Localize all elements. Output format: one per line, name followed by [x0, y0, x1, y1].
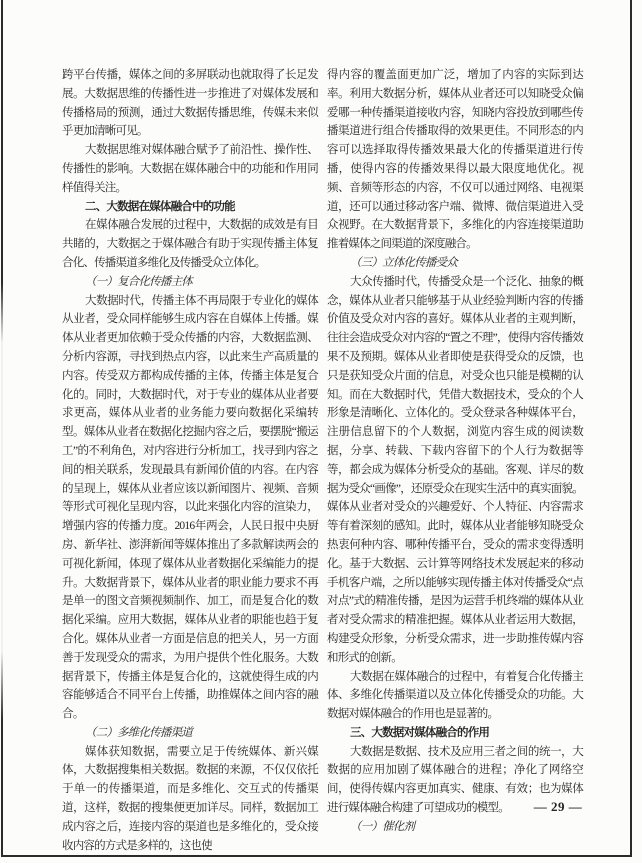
scan-edge-right: [630, 0, 632, 857]
paragraph: 在媒体融合发展的过程中，大数据的成效是有目共睹的，大数据之于媒体融合有助于实现传…: [62, 216, 318, 272]
paragraph: 媒体获知数据，需要立足于传统媒体、新兴媒体，大数据搜集相关数据。数据的来源，不仅…: [62, 743, 318, 856]
paragraph: 大数据在媒体融合的过程中，有着复合化传播主体、多维化传播渠道以及立体化传播受众的…: [327, 668, 583, 724]
paragraph: 大数据时代，传播主体不再局限于专业化的媒体从业者，受众同样能够生成内容在自媒体上…: [62, 292, 318, 724]
page-number: — 29 —: [518, 799, 598, 815]
section-heading: 三、大数据对媒体融合的作用: [327, 724, 583, 743]
left-column: 跨平台传播，媒体之间的多屏联动也就取得了长足发展。大数据思维的传播性进一步推进了…: [62, 66, 318, 855]
scanned-document-page: 跨平台传播，媒体之间的多屏联动也就取得了长足发展。大数据思维的传播性进一步推进了…: [0, 0, 642, 863]
paragraph: 跨平台传播，媒体之间的多屏联动也就取得了长足发展。大数据思维的传播性进一步推进了…: [62, 66, 318, 141]
paragraph: 大数据思维对媒体融合赋予了前沿性、操作性、传播性的影响。大数据在媒体融合中的功能…: [62, 141, 318, 197]
paragraph: 得内容的覆盖面更加广泛，增加了内容的实际到达率。利用大数据分析，媒体从业者还可以…: [327, 66, 583, 254]
subsection-heading: （一）复合化传播主体: [62, 273, 318, 292]
subsection-heading: （二）多维化传播渠道: [62, 724, 318, 743]
subsection-heading: （三）立体化传播受众: [327, 254, 583, 273]
paragraph: 大众传播时代，传播受众是一个泛化、抽象的概念，媒体从业者只能够基于从业经验判断内…: [327, 273, 583, 668]
subsection-heading: （一）催化剂: [327, 818, 583, 837]
scan-edge-left: [1, 0, 3, 857]
right-column: 得内容的覆盖面更加广泛，增加了内容的实际到达率。利用大数据分析，媒体从业者还可以…: [327, 66, 583, 837]
section-heading: 二、大数据在媒体融合中的功能: [62, 198, 318, 217]
